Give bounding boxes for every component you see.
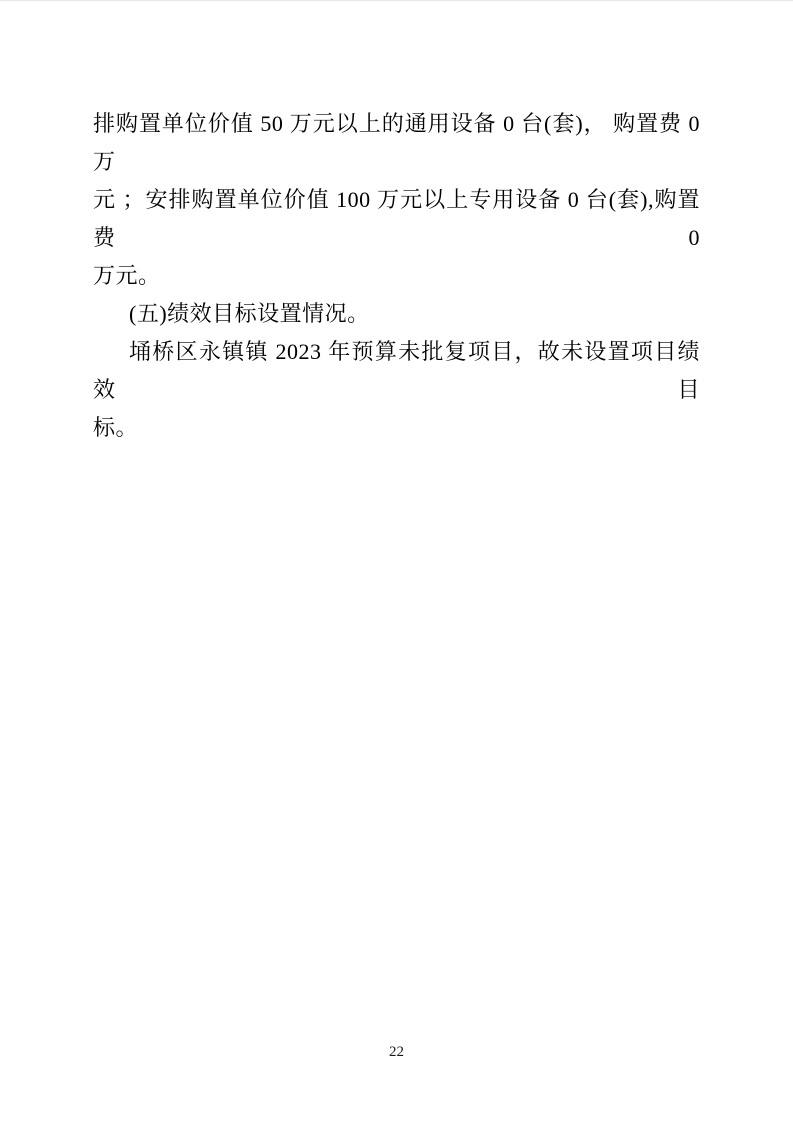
document-page: 排购置单位价值 50 万元以上的通用设备 0 台(套)， 购置费 0 万 元 ；…: [0, 0, 793, 1122]
page-number: 22: [0, 1043, 793, 1061]
paragraph-3-line-2: 标。: [93, 409, 700, 447]
paragraph-3-line-1: 埇桥区永镇镇 2023 年预算未批复项目，故未设置项目绩效目: [93, 333, 700, 409]
paragraph-1-line-2: 元 ；安排购置单位价值 100 万元以上专用设备 0 台(套),购置费 0: [93, 181, 700, 257]
section-heading-line: (五)绩效目标设置情况。: [93, 295, 700, 333]
document-body: 排购置单位价值 50 万元以上的通用设备 0 台(套)， 购置费 0 万 元 ；…: [93, 105, 700, 447]
paragraph-1-line-1: 排购置单位价值 50 万元以上的通用设备 0 台(套)， 购置费 0 万: [93, 105, 700, 181]
paragraph-1-line-3: 万元。: [93, 257, 700, 295]
